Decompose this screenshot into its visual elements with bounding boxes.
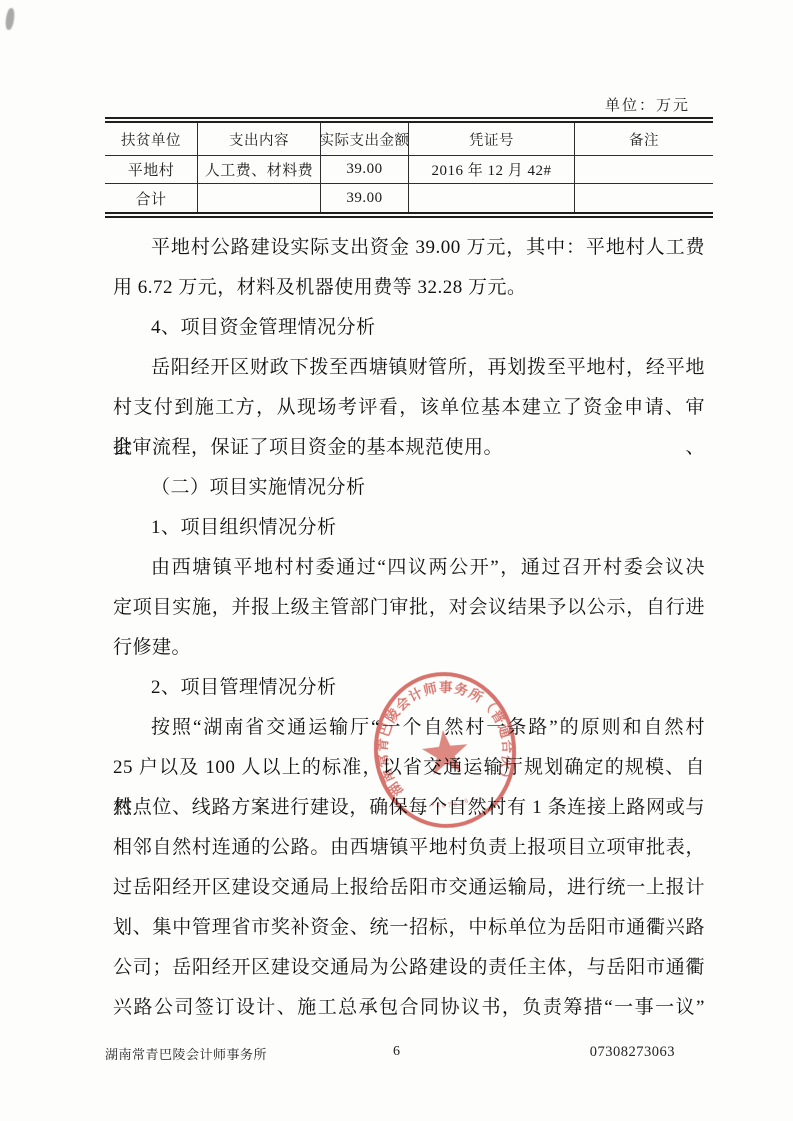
body-line: 过岳阳经开区建设交通局上报给岳阳市交通运输局，进行统一上报计	[113, 868, 705, 908]
table-cell	[574, 184, 713, 212]
scan-smudge	[5, 8, 16, 31]
table-cell	[574, 156, 713, 184]
body-line: 村支付到施工方，从现场考评看，该单位基本建立了资金申请、审批、	[113, 388, 705, 428]
body-line: 按照“湖南省交通运输厅“一个自然村一条路”的原则和自然村	[113, 708, 705, 748]
body-line: 相邻自然村连通的公路。由西塘镇平地村负责上报项目立项审批表，	[113, 828, 705, 868]
table-cell: 39.00	[320, 156, 408, 184]
body-line: 1、项目组织情况分析	[113, 508, 705, 548]
body-line: 划、集中管理省市奖补资金、统一招标，中标单位为岳阳市通衢兴路	[113, 908, 705, 948]
table-cell: 2016 年 12 月 42#	[408, 156, 574, 184]
body-line: （二）项目实施情况分析	[113, 468, 705, 508]
table-header-cell: 支出内容	[197, 123, 320, 156]
table-cell	[408, 184, 574, 212]
body-line: 行修建。	[113, 628, 705, 668]
body-line: 公司；岳阳经开区建设交通局为公路建设的责任主体，与岳阳市通衢	[113, 948, 705, 988]
body-line: 兴路公司签订设计、施工总承包合同协议书，负责筹措“一事一议”	[113, 988, 705, 1028]
body-line: 由西塘镇平地村村委通过“四议两公开”，通过召开村委会议决	[113, 548, 705, 588]
body-line: 25 户以及 100 人以上的标准，以省交通运输厅规划确定的规模、自然	[113, 748, 705, 788]
table-cell: 人工费、材料费	[197, 156, 320, 184]
body-line: 岳阳经开区财政下拨至西塘镇财管所，再划拨至平地村，经平地	[113, 348, 705, 388]
body-text: 平地村公路建设实际支出资金 39.00 万元，其中：平地村人工费用 6.72 万…	[113, 228, 705, 1028]
body-line: 用 6.72 万元，材料及机器使用费等 32.28 万元。	[113, 268, 705, 308]
footer-code: 07308273063	[590, 1044, 675, 1061]
unit-label: 单位：万元	[605, 94, 690, 115]
table-header-cell: 实际支出金额	[320, 123, 408, 156]
expense-table: 扶贫单位支出内容实际支出金额凭证号备注平地村人工费、材料费39.002016 年…	[105, 117, 713, 218]
body-line: 2、项目管理情况分析	[113, 668, 705, 708]
table-cell: 39.00	[320, 184, 408, 212]
body-line: 4、项目资金管理情况分析	[113, 308, 705, 348]
table-cell: 平地村	[105, 156, 197, 184]
body-line: 平地村公路建设实际支出资金 39.00 万元，其中：平地村人工费	[113, 228, 705, 268]
table-header-cell: 凭证号	[408, 123, 574, 156]
body-line: 定项目实施，并报上级主管部门审批，对会议结果予以公示，自行进	[113, 588, 705, 628]
table-cell: 合计	[105, 184, 197, 212]
table-header-cell: 扶贫单位	[105, 123, 197, 156]
document-page: 单位：万元 扶贫单位支出内容实际支出金额凭证号备注平地村人工费、材料费39.00…	[0, 0, 793, 1121]
body-line: 村点位、线路方案进行建设，确保每个自然村有 1 条连接上路网或与	[113, 788, 705, 828]
table-header-cell: 备注	[574, 123, 713, 156]
table-cell	[197, 184, 320, 212]
